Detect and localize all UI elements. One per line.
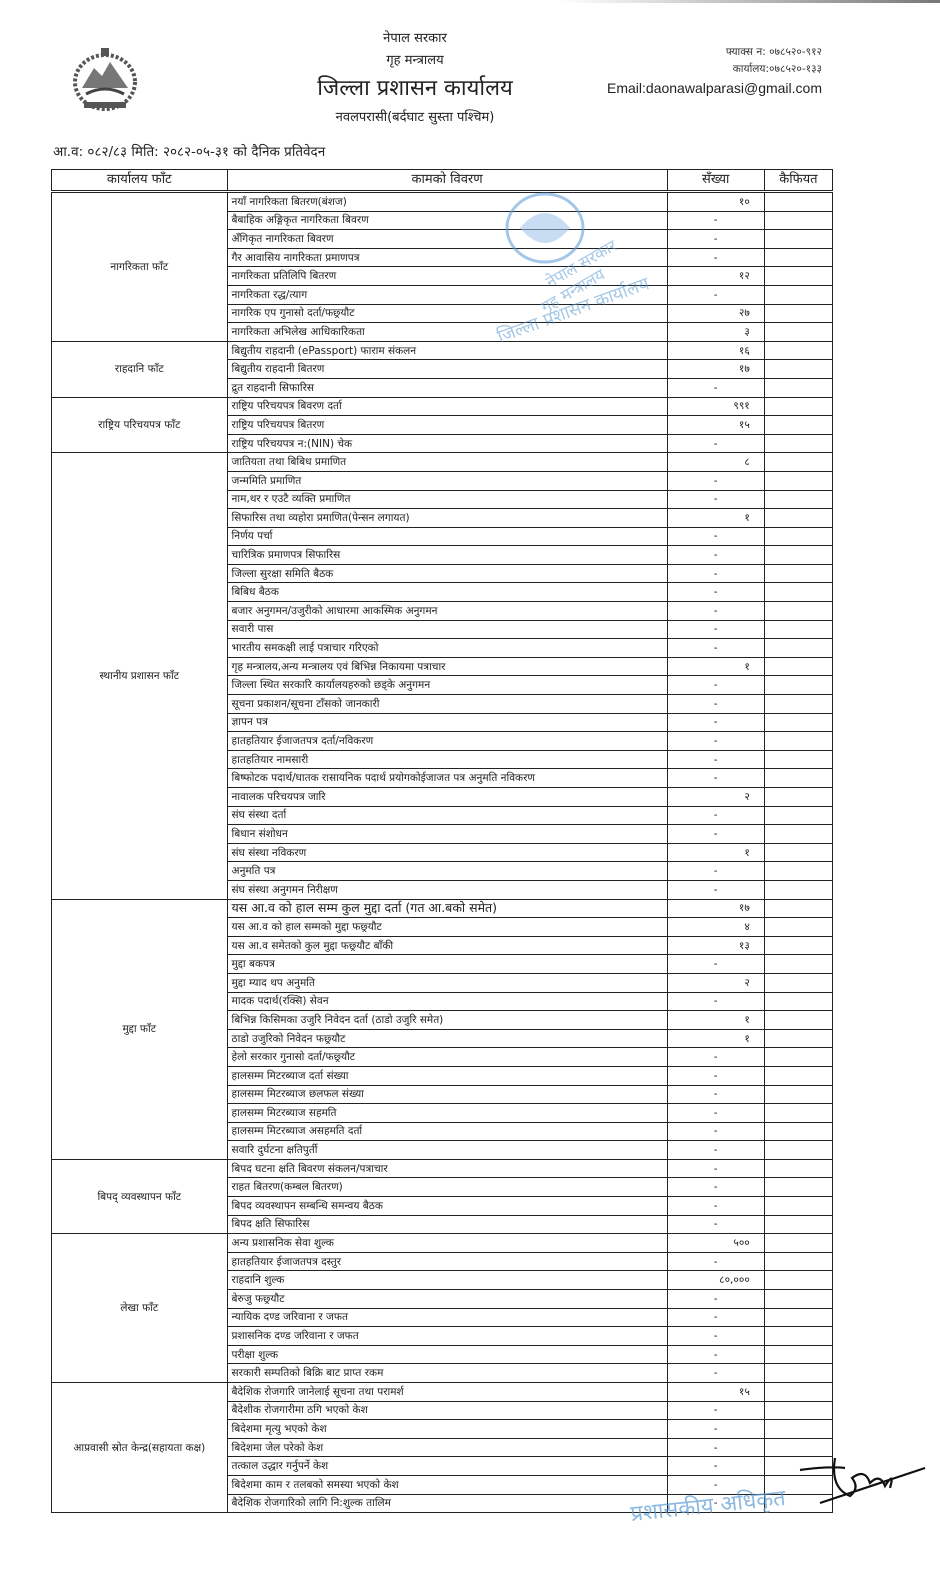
remarks-cell <box>764 397 832 416</box>
remarks-cell <box>764 843 832 862</box>
count-cell: - <box>667 732 764 751</box>
table-row: आप्रवासी स्रोत केन्द्र(सहायता कक्ष)बैदेश… <box>52 1383 833 1402</box>
remarks-cell <box>764 806 832 825</box>
remarks-cell <box>764 1215 832 1234</box>
description-cell: ठाडो उजुरिको निवेदन फछ्र्यौट <box>227 1029 667 1048</box>
count-cell: ८०,००० <box>667 1271 764 1290</box>
description-cell: बिदेशमा जेल परेको केश <box>227 1438 667 1457</box>
description-cell: चारित्रिक प्रमाणपत्र सिफारिस <box>227 546 667 565</box>
remarks-cell <box>764 1308 832 1327</box>
description-cell: न्यायिक दण्ड जरिवाना र जफत <box>227 1308 667 1327</box>
count-cell: - <box>667 211 764 230</box>
description-cell: बिष्फोटक पदार्थ/घातक रासायनिक पदार्थ प्र… <box>227 769 667 788</box>
description-cell: हालसम्म मिटरब्याज असहमति दर्ता <box>227 1122 667 1141</box>
remarks-cell <box>764 1290 832 1309</box>
remarks-cell <box>764 695 832 714</box>
count-cell: - <box>667 1197 764 1216</box>
government-name: नेपाल सरकार <box>250 28 580 50</box>
email-address: Email:daonawalparasi@gmail.com <box>607 78 822 98</box>
count-cell: - <box>667 862 764 881</box>
count-cell: - <box>667 1048 764 1067</box>
description-cell: सवारी पास <box>227 620 667 639</box>
remarks-cell <box>764 1364 832 1383</box>
remarks-cell <box>764 769 832 788</box>
description-cell: हातहतियार ईजाजतपत्र दस्तुर <box>227 1252 667 1271</box>
remarks-cell <box>764 657 832 676</box>
office-phone: कार्यालय:०७८५२०-१३३ <box>607 61 822 78</box>
description-cell: सवारि दुर्घटना क्षतिपुर्ती <box>227 1141 667 1160</box>
table-row: बिपद् व्यवस्थापन फाँटबिपद घटना क्षति बिव… <box>52 1159 833 1178</box>
count-cell: - <box>667 285 764 304</box>
remarks-cell <box>764 1345 832 1364</box>
description-cell: बिपद घटना क्षति बिवरण संकलन/पत्राचार <box>227 1159 667 1178</box>
count-cell: १ <box>667 843 764 862</box>
remarks-cell <box>764 620 832 639</box>
remarks-cell <box>764 1048 832 1067</box>
count-cell: - <box>667 1475 764 1494</box>
description-cell: बैदेशीक रोजगारीमा ठगि भएको केश <box>227 1401 667 1420</box>
remarks-cell <box>764 1159 832 1178</box>
table-row: स्थानीय प्रशासन फाँटजातियता तथा बिबिध प्… <box>52 453 833 472</box>
count-cell: - <box>667 564 764 583</box>
remarks-cell <box>764 1494 832 1513</box>
remarks-cell <box>764 583 832 602</box>
remarks-cell <box>764 1457 832 1476</box>
description-cell: मुद्दा बकपत्र <box>227 955 667 974</box>
remarks-cell <box>764 564 832 583</box>
description-cell: बिपद क्षति सिफारिस <box>227 1215 667 1234</box>
description-cell: सिफारिस तथा व्यहोरा प्रमाणित(पेन्सन लगाय… <box>227 509 667 528</box>
description-cell: जिल्ला स्थित सरकारि कार्यालयहरुको छड्के … <box>227 676 667 695</box>
remarks-cell <box>764 1475 832 1494</box>
count-cell: - <box>667 992 764 1011</box>
description-cell: संघ संस्था दर्ता <box>227 806 667 825</box>
description-cell: जातियता तथा बिबिध प्रमाणित <box>227 453 667 472</box>
description-cell: सूचना प्रकाशन/सूचना टाँसको जानकारी <box>227 695 667 714</box>
count-cell: - <box>667 769 764 788</box>
description-cell: ज्ञापन पत्र <box>227 713 667 732</box>
column-header-count: सँख्या <box>667 170 764 192</box>
remarks-cell <box>764 1252 832 1271</box>
remarks-cell <box>764 750 832 769</box>
count-cell: - <box>667 806 764 825</box>
count-cell: १० <box>667 192 764 212</box>
description-cell: अँगिकृत नागरिकता बिवरण <box>227 230 667 249</box>
description-cell: नागरिक एप गुनासो दर्ता/फछ्र्यौट <box>227 304 667 323</box>
description-cell: तत्काल उद्धार गर्नुपर्ने केश <box>227 1457 667 1476</box>
remarks-cell <box>764 918 832 937</box>
remarks-cell <box>764 248 832 267</box>
remarks-cell <box>764 973 832 992</box>
description-cell: नागरिकता अभिलेख आधिकारिकता <box>227 323 667 342</box>
count-cell: - <box>667 248 764 267</box>
remarks-cell <box>764 936 832 955</box>
remarks-cell <box>764 360 832 379</box>
count-cell: २ <box>667 788 764 807</box>
count-cell: - <box>667 527 764 546</box>
count-cell: - <box>667 955 764 974</box>
description-cell: राष्ट्रिय परिचयपत्र बितरण <box>227 416 667 435</box>
remarks-cell <box>764 323 832 342</box>
count-cell: - <box>667 1494 764 1513</box>
count-cell: - <box>667 1066 764 1085</box>
nepal-government-emblem-icon <box>66 44 144 114</box>
count-cell: ५०० <box>667 1234 764 1253</box>
description-cell: हालसम्म मिटरब्याज दर्ता संख्या <box>227 1066 667 1085</box>
description-cell: हालसम्म मिटरब्याज छलफल संख्या <box>227 1085 667 1104</box>
count-cell: - <box>667 713 764 732</box>
count-cell: - <box>667 1215 764 1234</box>
table-row: राष्ट्रिय परिचयपत्र फाँटराष्ट्रिय परिचयप… <box>52 397 833 416</box>
count-cell: - <box>667 1364 764 1383</box>
remarks-cell <box>764 1401 832 1420</box>
description-cell: भारतीय समकक्षी लाई पत्राचार गरिएको <box>227 639 667 658</box>
count-cell: - <box>667 1401 764 1420</box>
description-cell: बिद्युतीय राहदानी (ePassport) फाराम संकल… <box>227 341 667 360</box>
remarks-cell <box>764 639 832 658</box>
table-row: मुद्दा फाँटयस आ.व को हाल सम्म कुल मुद्दा… <box>52 899 833 918</box>
remarks-cell <box>764 1104 832 1123</box>
count-cell: - <box>667 1308 764 1327</box>
remarks-cell <box>764 1234 832 1253</box>
count-cell: २ <box>667 973 764 992</box>
count-cell: ४ <box>667 918 764 937</box>
count-cell: - <box>667 750 764 769</box>
description-cell: मादक पदार्थ(रक्सि) सेवन <box>227 992 667 1011</box>
description-cell: बिधान संशोधन <box>227 825 667 844</box>
description-cell: बैदेशिक रोजगारिको लागि नि:शुल्क तालिम <box>227 1494 667 1513</box>
count-cell: - <box>667 471 764 490</box>
description-cell: नाम,थर र एउटै व्यक्ति प्रमाणित <box>227 490 667 509</box>
description-cell: परीक्षा शुल्क <box>227 1345 667 1364</box>
description-cell: बिद्युतीय राहदानी बितरण <box>227 360 667 379</box>
description-cell: हेलो सरकार गुनासो दर्ता/फछ्र्यौट <box>227 1048 667 1067</box>
remarks-cell <box>764 192 832 212</box>
section-name-cell: बिपद् व्यवस्थापन फाँट <box>52 1159 228 1233</box>
description-cell: गृह मन्त्रालय,अन्य मन्त्रालय एवं बिभिन्न… <box>227 657 667 676</box>
description-cell: बिपद व्यवस्थापन सम्बन्धि समन्वय बैठक <box>227 1197 667 1216</box>
fax-number: फ्याक्स न: ०७८५२०-९१२ <box>607 44 822 61</box>
section-name-cell: नागरिकता फाँट <box>52 192 228 342</box>
report-title: आ.व: ०८२/८३ मिति: २०८२-०५-३१ को दैनिक प्… <box>53 142 325 160</box>
description-cell: मुद्दा म्याद थप अनुमति <box>227 973 667 992</box>
remarks-cell <box>764 1383 832 1402</box>
table-row: लेखा फाँटअन्य प्रशासनिक सेवा शुल्क५०० <box>52 1234 833 1253</box>
description-cell: हातहतियार ईजाजतपत्र दर्ता/नविकरण <box>227 732 667 751</box>
table-body: नागरिकता फाँटनयाँ नागरिकता बितरण(बंशज)१०… <box>52 192 833 1513</box>
remarks-cell <box>764 992 832 1011</box>
remarks-cell <box>764 1085 832 1104</box>
remarks-cell <box>764 1029 832 1048</box>
count-cell: - <box>667 1420 764 1439</box>
scan-edge-shadow <box>560 0 940 3</box>
count-cell: - <box>667 378 764 397</box>
remarks-cell <box>764 378 832 397</box>
count-cell: - <box>667 695 764 714</box>
description-cell: राष्ट्रिय परिचयपत्र न:(NIN) चेक <box>227 434 667 453</box>
description-cell: प्रशासनिक दण्ड जरिवाना र जफत <box>227 1327 667 1346</box>
count-cell: - <box>667 1104 764 1123</box>
count-cell: - <box>667 434 764 453</box>
count-cell: - <box>667 676 764 695</box>
description-cell: यस आ.व समेतको कुल मुद्दा फछ्र्यौट बाँकी <box>227 936 667 955</box>
description-cell: राहदानि शुल्क <box>227 1271 667 1290</box>
count-cell: - <box>667 602 764 621</box>
description-cell: हालसम्म मिटरब्याज सहमति <box>227 1104 667 1123</box>
count-cell: - <box>667 1141 764 1160</box>
count-cell: १७ <box>667 899 764 918</box>
description-cell: राहत बितरण(कम्बल बितरण) <box>227 1178 667 1197</box>
description-cell: बजार अनुगमन/उजुरीको आधारमा आकस्मिक अनुगम… <box>227 602 667 621</box>
count-cell: - <box>667 1252 764 1271</box>
section-name-cell: स्थानीय प्रशासन फाँट <box>52 453 228 899</box>
description-cell: द्रुत राहदानी सिफारिस <box>227 378 667 397</box>
description-cell: बैदेशिक रोजगारि जानेलाई सूचना तथा परामर्… <box>227 1383 667 1402</box>
column-header-description: कामको विवरण <box>227 170 667 192</box>
count-cell: १ <box>667 1011 764 1030</box>
office-title: जिल्ला प्रशासन कार्यालय <box>250 72 580 106</box>
count-cell: ३ <box>667 323 764 342</box>
table-header-row: कार्यालय फाँट कामको विवरण सँख्या कैफियत <box>52 170 833 192</box>
count-cell: १६ <box>667 341 764 360</box>
contact-info: फ्याक्स न: ०७८५२०-९१२ कार्यालय:०७८५२०-१३… <box>607 44 822 98</box>
table-row: राहदानि फाँटबिद्युतीय राहदानी (ePassport… <box>52 341 833 360</box>
count-cell: - <box>667 1085 764 1104</box>
remarks-cell <box>764 527 832 546</box>
column-header-remarks: कैफियत <box>764 170 832 192</box>
description-cell: हातहतियार नामसारी <box>227 750 667 769</box>
remarks-cell <box>764 1178 832 1197</box>
remarks-cell <box>764 1438 832 1457</box>
remarks-cell <box>764 1271 832 1290</box>
description-cell: राष्ट्रिय परिचयपत्र बिवरण दर्ता <box>227 397 667 416</box>
remarks-cell <box>764 490 832 509</box>
remarks-cell <box>764 211 832 230</box>
description-cell: निर्णय पर्चा <box>227 527 667 546</box>
description-cell: संघ संस्था अनुगमन निरीक्षण <box>227 880 667 899</box>
remarks-cell <box>764 1420 832 1439</box>
description-cell: यस आ.व को हाल सम्मको मुद्दा फछ्र्यौट <box>227 918 667 937</box>
count-cell: - <box>667 1327 764 1346</box>
column-header-section: कार्यालय फाँट <box>52 170 228 192</box>
count-cell: - <box>667 880 764 899</box>
count-cell: १७ <box>667 360 764 379</box>
description-cell: नयाँ नागरिकता बितरण(बंशज) <box>227 192 667 212</box>
description-cell: जन्ममिति प्रमाणित <box>227 471 667 490</box>
description-cell: बिबिध बैठक <box>227 583 667 602</box>
description-cell: बिदेशमा काम र तलबको समस्या भएको केश <box>227 1475 667 1494</box>
remarks-cell <box>764 471 832 490</box>
office-location: नवलपरासी(बर्दघाट सुस्ता पश्चिम) <box>250 106 580 130</box>
remarks-cell <box>764 955 832 974</box>
section-name-cell: लेखा फाँट <box>52 1234 228 1383</box>
description-cell: संघ संस्था नविकरण <box>227 843 667 862</box>
description-cell: बिदेशमा मृत्यु भएको केश <box>227 1420 667 1439</box>
count-cell: - <box>667 546 764 565</box>
count-cell: - <box>667 639 764 658</box>
count-cell: ९९१ <box>667 397 764 416</box>
count-cell: १२ <box>667 267 764 286</box>
description-cell: यस आ.व को हाल सम्म कुल मुद्दा दर्ता (गत … <box>227 899 667 918</box>
remarks-cell <box>764 1197 832 1216</box>
count-cell: - <box>667 1438 764 1457</box>
description-cell: नागरिकता प्रतिलिपि बितरण <box>227 267 667 286</box>
count-cell: - <box>667 1122 764 1141</box>
daily-report-table: कार्यालय फाँट कामको विवरण सँख्या कैफियत … <box>51 169 833 1513</box>
count-cell: ८ <box>667 453 764 472</box>
count-cell: - <box>667 1457 764 1476</box>
remarks-cell <box>764 1122 832 1141</box>
remarks-cell <box>764 285 832 304</box>
count-cell: - <box>667 1159 764 1178</box>
table-row: नागरिकता फाँटनयाँ नागरिकता बितरण(बंशज)१० <box>52 192 833 212</box>
count-cell: - <box>667 620 764 639</box>
description-cell: नावालक परिचयपत्र जारि <box>227 788 667 807</box>
remarks-cell <box>764 862 832 881</box>
remarks-cell <box>764 1066 832 1085</box>
count-cell: १५ <box>667 416 764 435</box>
description-cell: बैबाहिक अङ्गिकृत नागरिकता बिवरण <box>227 211 667 230</box>
remarks-cell <box>764 453 832 472</box>
count-cell: १ <box>667 1029 764 1048</box>
count-cell: - <box>667 1345 764 1364</box>
description-cell: सरकारी सम्पतिको बिक्रि बाट प्राप्त रकम <box>227 1364 667 1383</box>
remarks-cell <box>764 509 832 528</box>
remarks-cell <box>764 341 832 360</box>
remarks-cell <box>764 825 832 844</box>
description-cell: नागरिकता रद्ध/त्याग <box>227 285 667 304</box>
description-cell: अनुमति पत्र <box>227 862 667 881</box>
count-cell: १३ <box>667 936 764 955</box>
remarks-cell <box>764 899 832 918</box>
count-cell: - <box>667 1290 764 1309</box>
count-cell: - <box>667 1178 764 1197</box>
remarks-cell <box>764 1011 832 1030</box>
remarks-cell <box>764 230 832 249</box>
description-cell: बिभिन्न किसिमका उजुरि निवेदन दर्ता (ठाडो… <box>227 1011 667 1030</box>
section-name-cell: राहदानि फाँट <box>52 341 228 397</box>
description-cell: जिल्ला सुरक्षा समिति बैठक <box>227 564 667 583</box>
ministry-name: गृह मन्त्रालय <box>250 50 580 72</box>
remarks-cell <box>764 546 832 565</box>
remarks-cell <box>764 713 832 732</box>
remarks-cell <box>764 304 832 323</box>
section-name-cell: आप्रवासी स्रोत केन्द्र(सहायता कक्ष) <box>52 1383 228 1513</box>
count-cell: २७ <box>667 304 764 323</box>
remarks-cell <box>764 416 832 435</box>
remarks-cell <box>764 880 832 899</box>
count-cell: - <box>667 230 764 249</box>
description-cell: बेरुजु फछ्र्यौट <box>227 1290 667 1309</box>
remarks-cell <box>764 676 832 695</box>
description-cell: अन्य प्रशासनिक सेवा शुल्क <box>227 1234 667 1253</box>
section-name-cell: राष्ट्रिय परिचयपत्र फाँट <box>52 397 228 453</box>
remarks-cell <box>764 1141 832 1160</box>
remarks-cell <box>764 732 832 751</box>
remarks-cell <box>764 788 832 807</box>
remarks-cell <box>764 1327 832 1346</box>
section-name-cell: मुद्दा फाँट <box>52 899 228 1159</box>
remarks-cell <box>764 602 832 621</box>
description-cell: गैर आवासिय नागरिकता प्रमाणपत्र <box>227 248 667 267</box>
office-header: नेपाल सरकार गृह मन्त्रालय जिल्ला प्रशासन… <box>250 28 580 130</box>
count-cell: १ <box>667 509 764 528</box>
remarks-cell <box>764 434 832 453</box>
count-cell: - <box>667 490 764 509</box>
remarks-cell <box>764 267 832 286</box>
count-cell: १ <box>667 657 764 676</box>
count-cell: १५ <box>667 1383 764 1402</box>
count-cell: - <box>667 583 764 602</box>
count-cell: - <box>667 825 764 844</box>
